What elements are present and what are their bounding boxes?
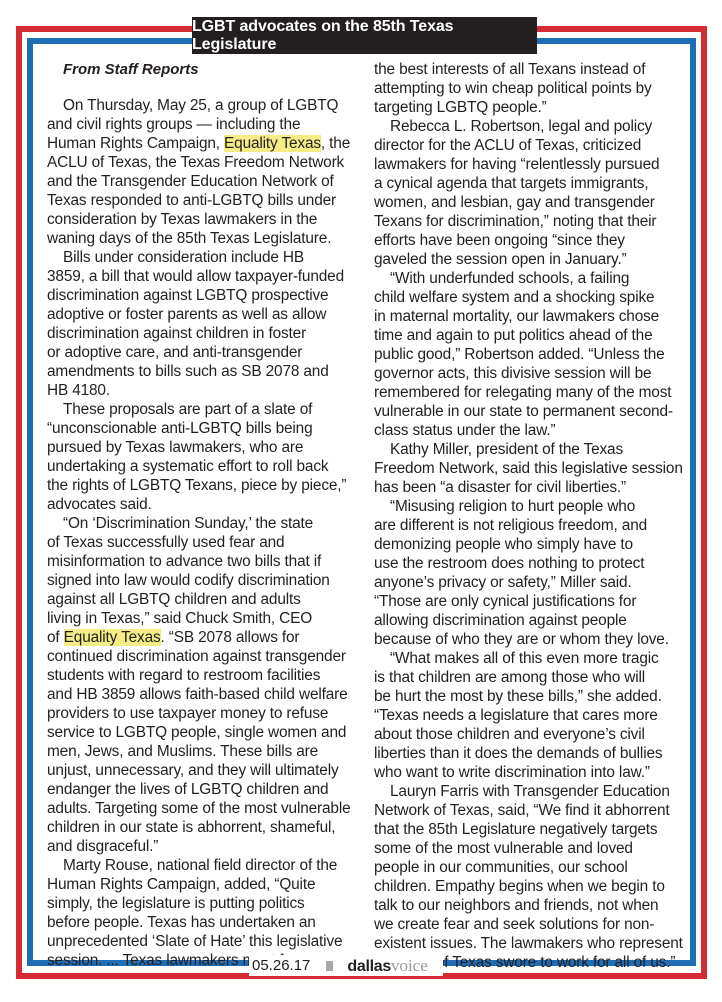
text-line: ACLU of Texas, the Texas Freedom Network [47, 153, 365, 172]
text-line: and civil rights groups — including the [47, 115, 365, 134]
text-line: “On ‘Discrimination Sunday,’ the state [47, 514, 365, 533]
text-line: children in our state is abhorrent, sham… [47, 818, 365, 837]
text-line: “What makes all of this even more tragic [374, 649, 696, 668]
text-line: class status under the law.” [374, 421, 696, 440]
text-line: some of the most vulnerable and loved [374, 839, 696, 858]
highlighted-text: Equality Texas [64, 629, 161, 646]
text-line: are different is not religious freedom, … [374, 516, 696, 535]
text-line: a cynical agenda that targets immigrants… [374, 174, 696, 193]
text-line: “Texas needs a legislature that cares mo… [374, 706, 696, 725]
text-line: and disgraceful.” [47, 837, 365, 856]
text-line: gaveled the session open in January.” [374, 250, 696, 269]
text-line: Lauryn Farris with Transgender Education [374, 782, 696, 801]
text-line: use the restroom does nothing to protect [374, 554, 696, 573]
text-line: the rights of LGBTQ Texans, piece by pie… [47, 476, 365, 495]
text-line: before people. Texas has undertaken an [47, 913, 365, 932]
text-line: 3859, a bill that would allow taxpayer-f… [47, 267, 365, 286]
article-column-right: the best interests of all Texans instead… [374, 60, 696, 972]
text-line: continued discrimination against transge… [47, 647, 365, 666]
text-line: we create fear and seek solutions for no… [374, 915, 696, 934]
text-line: men, Jews, and Muslims. These bills are [47, 742, 365, 761]
text-line: Human Rights Campaign, added, “Quite [47, 875, 365, 894]
text-line: waning days of the 85th Texas Legislatur… [47, 229, 365, 248]
article-column-left: On Thursday, May 25, a group of LGBTQand… [47, 96, 365, 970]
text-line: be hurt the most by these bills,” she ad… [374, 687, 696, 706]
text-line: consideration by Texas lawmakers in the [47, 210, 365, 229]
text-line: against all LGBTQ children and adults [47, 590, 365, 609]
text-line: Bills under consideration include HB [47, 248, 365, 267]
text-line: advocates said. [47, 495, 365, 514]
footer-folio: 05.26.17 dallasvoice [249, 955, 443, 976]
text-line: targeting LGBTQ people.” [374, 98, 696, 117]
text-line: providers to use taxpayer money to refus… [47, 704, 365, 723]
logo-voice: voice [391, 956, 428, 975]
text-line: unjust, unnecessary, and they will ultim… [47, 761, 365, 780]
text-line: who want to write discrimination into la… [374, 763, 696, 782]
text-line: Kathy Miller, president of the Texas [374, 440, 696, 459]
text-line: On Thursday, May 25, a group of LGBTQ [47, 96, 365, 115]
text-line: discrimination against children in foste… [47, 324, 365, 343]
text-line: service to LGBTQ people, single women an… [47, 723, 365, 742]
text-line: Texans for discrimination,” noting that … [374, 212, 696, 231]
highlighted-text: Equality Texas [224, 135, 321, 152]
text-line: HB 4180. [47, 381, 365, 400]
text-line: children. Empathy begins when we begin t… [374, 877, 696, 896]
headline-title: LGBT advocates on the 85th Texas Legisla… [192, 18, 537, 54]
text-line: “With underfunded schools, a failing [374, 269, 696, 288]
text-line: attempting to win cheap political points… [374, 79, 696, 98]
text-line: or adoptive care, and anti-transgender [47, 343, 365, 362]
text-line: people in our communities, our school [374, 858, 696, 877]
text-line: endanger the lives of LGBTQ children and [47, 780, 365, 799]
text-line: unprecedented ‘Slate of Hate’ this legis… [47, 932, 365, 951]
text-line: because of who they are or whom they lov… [374, 630, 696, 649]
text-line: public good,” Robertson added. “Unless t… [374, 345, 696, 364]
text-line: undertaking a systematic effort to roll … [47, 457, 365, 476]
text-line: women, and lesbian, gay and transgender [374, 193, 696, 212]
text-line: director for the ACLU of Texas, criticiz… [374, 136, 696, 155]
text-line: Network of Texas, said, “We find it abho… [374, 801, 696, 820]
text-line: in maternal mortality, our lawmakers cho… [374, 307, 696, 326]
text-line: adults. Targeting some of the most vulne… [47, 799, 365, 818]
text-line: “Misusing religion to hurt people who [374, 497, 696, 516]
byline: From Staff Reports [63, 61, 199, 78]
text-line: Rebecca L. Robertson, legal and policy [374, 117, 696, 136]
text-line: the best interests of all Texans instead… [374, 60, 696, 79]
text-line: Marty Rouse, national field director of … [47, 856, 365, 875]
text-line: has been “a disaster for civil liberties… [374, 478, 696, 497]
text-line: Freedom Network, said this legislative s… [374, 459, 696, 478]
text-line: of Texas successfully used fear and [47, 533, 365, 552]
text-line: is that children are among those who wil… [374, 668, 696, 687]
text-line: governor acts, this divisive session wil… [374, 364, 696, 383]
separator-square-icon [326, 961, 333, 971]
text-line: allowing discrimination against people [374, 611, 696, 630]
text-line: “unconscionable anti-LGBTQ bills being [47, 419, 365, 438]
text-line: discrimination against LGBTQ prospective [47, 286, 365, 305]
text-line: of Equality Texas. “SB 2078 allows for [47, 628, 365, 647]
text-line: existent issues. The lawmakers who repre… [374, 934, 696, 953]
text-line: simply, the legislature is putting polit… [47, 894, 365, 913]
text-line: child welfare system and a shocking spik… [374, 288, 696, 307]
text-line: Texas responded to anti-LGBTQ bills unde… [47, 191, 365, 210]
text-line: signed into law would codify discriminat… [47, 571, 365, 590]
text-line: talk to our neighbors and friends, not w… [374, 896, 696, 915]
text-line: anyone’s privacy or safety,” Miller said… [374, 573, 696, 592]
text-line: students with regard to restroom facilit… [47, 666, 365, 685]
text-line: time and again to put politics ahead of … [374, 326, 696, 345]
text-line: and the Transgender Education Network of [47, 172, 365, 191]
text-line: pursued by Texas lawmakers, who are [47, 438, 365, 457]
text-line: Human Rights Campaign, Equality Texas, t… [47, 134, 365, 153]
text-line: amendments to bills such as SB 2078 and [47, 362, 365, 381]
text-line: living in Texas,” said Chuck Smith, CEO [47, 609, 365, 628]
headline-banner: LGBT advocates on the 85th Texas Legisla… [192, 17, 537, 54]
text-line: vulnerable in our state to permanent sec… [374, 402, 696, 421]
text-line: about those children and everyone’s civi… [374, 725, 696, 744]
text-line: remembered for relegating many of the mo… [374, 383, 696, 402]
text-line: These proposals are part of a slate of [47, 400, 365, 419]
logo-dallas: dallas [347, 958, 391, 975]
text-line: liberties than it does the demands of bu… [374, 744, 696, 763]
text-line: demonizing people who simply have to [374, 535, 696, 554]
text-line: that the 85th Legislature negatively tar… [374, 820, 696, 839]
text-line: lawmakers for having “relentlessly pursu… [374, 155, 696, 174]
text-line: “Those are only cynical justifications f… [374, 592, 696, 611]
text-line: and HB 3859 allows faith-based child wel… [47, 685, 365, 704]
publication-logo: dallasvoice [347, 956, 427, 976]
text-line: adoptive or foster parents as well as al… [47, 305, 365, 324]
issue-date: 05.26.17 [252, 957, 310, 974]
text-line: misinformation to advance two bills that… [47, 552, 365, 571]
text-line: efforts have been ongoing “since they [374, 231, 696, 250]
